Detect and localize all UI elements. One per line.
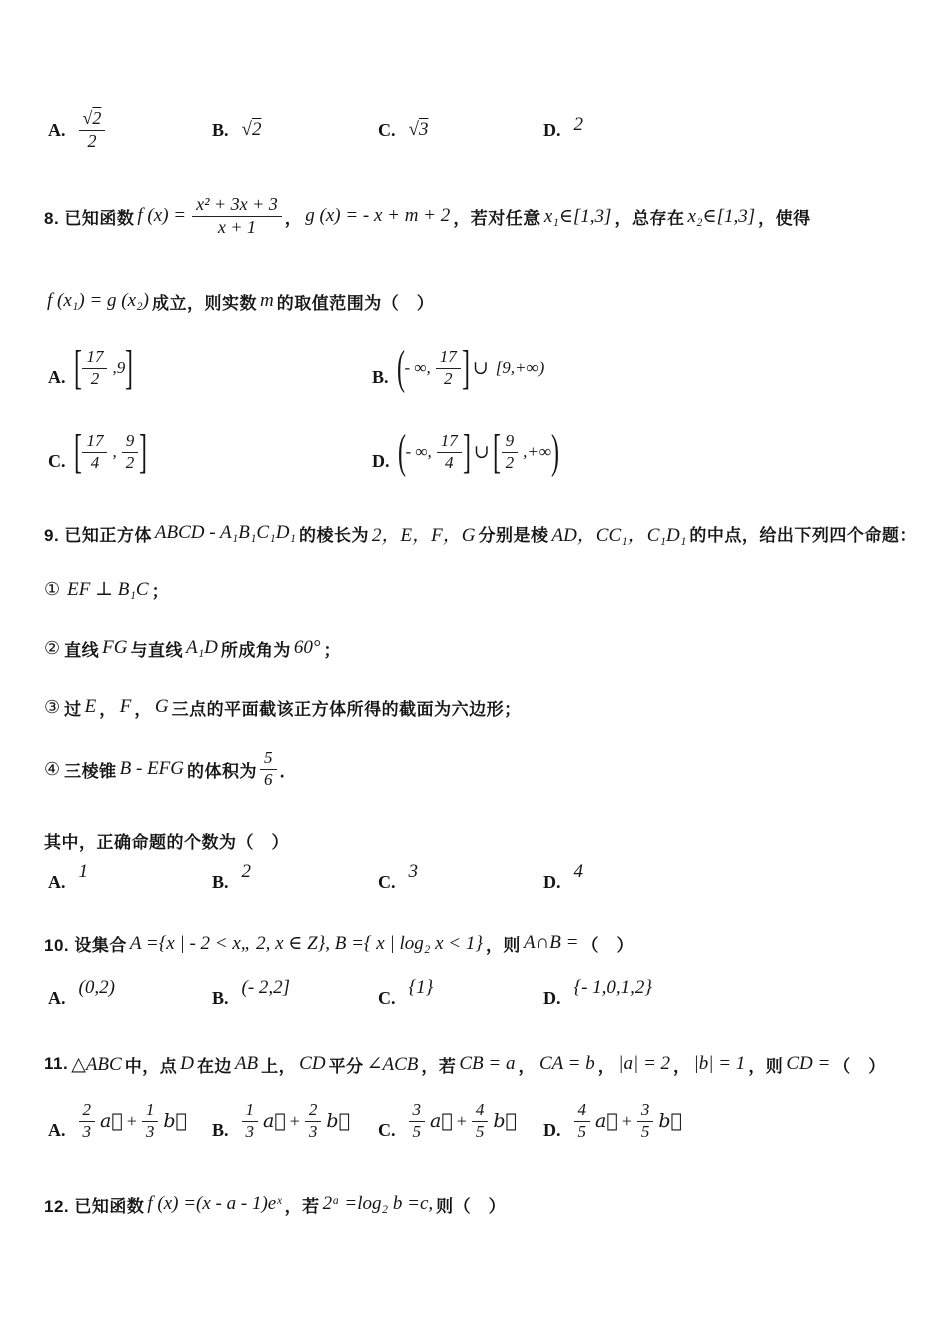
option-label: A. <box>48 120 66 141</box>
plus-sign: + <box>290 1111 300 1132</box>
option-label: B. <box>212 872 229 893</box>
punctuation: ； <box>152 577 170 602</box>
q9-statement-1: ① EF ⊥ B₁C ； <box>44 568 169 610</box>
q11-option-d: D. 45 a⃗ + 35 b⃗ <box>543 1088 684 1154</box>
cn-text: 过 <box>64 695 82 720</box>
question-number-text: 10. 设集合 <box>44 931 127 956</box>
x2-domain: x₂∈[1,3] <box>687 205 755 228</box>
option-label: A. <box>48 367 66 388</box>
variable-m: m <box>260 290 274 312</box>
fraction: x² + 3x + 3 x + 1 <box>192 195 282 238</box>
fraction: 35 <box>409 1101 426 1141</box>
cn-text: ，若 <box>421 1052 456 1077</box>
circled-number-2: ② <box>44 638 60 659</box>
equation-chain: 2ᵃ =log₂ b =c, <box>323 1193 434 1215</box>
plus-sign: + <box>127 1111 137 1132</box>
q10-option-b: B. (- 2,2] <box>212 974 293 1022</box>
fraction: 17 4 <box>82 432 107 472</box>
option-label: C. <box>378 988 396 1009</box>
vector-b: b⃗ <box>163 1110 187 1132</box>
math-fragment: EF ⊥ B₁C <box>67 578 148 601</box>
q9-statement-2: ② 直线 FG 与直线 A₁D 所成角为 60° ； <box>44 626 341 670</box>
cd-expression: CD = <box>786 1053 830 1075</box>
fraction-denominator: 3 <box>83 1122 92 1142</box>
vector-b: b⃗ <box>658 1110 682 1132</box>
tetrahedron-name: B - EFG <box>120 758 184 780</box>
fraction-numerator: 9 <box>122 432 139 453</box>
cn-text: 所成角为 <box>221 636 291 661</box>
punctuation: ， <box>99 695 117 720</box>
option-label: A. <box>48 988 66 1009</box>
fraction: 17 2 <box>436 348 461 388</box>
left-bracket: [ <box>73 346 81 389</box>
option-label: A. <box>48 872 66 893</box>
fraction-denominator: 3 <box>309 1122 318 1142</box>
cn-text: 的取值范围为（ ） <box>277 289 435 314</box>
question-12-line: 12. 已知函数 f (x) =(x - a - 1)eˣ ，若 2ᵃ =log… <box>44 1178 506 1230</box>
cn-text: ，总存在 <box>614 204 684 229</box>
union-symbol: ∪ <box>474 441 490 464</box>
option-label: D. <box>543 988 561 1009</box>
option-value: (- 2,2] <box>242 977 291 999</box>
q7-option-d: D. 2 <box>543 98 586 162</box>
plus-sign: + <box>622 1111 632 1132</box>
punctuation: ， <box>285 204 303 229</box>
sqrt-sign: √ <box>242 119 252 140</box>
circled-number-3: ③ <box>44 697 60 718</box>
right-paren: ) <box>551 430 559 473</box>
fraction: 17 2 <box>82 348 107 388</box>
option-label: D. <box>372 451 390 472</box>
punctuation: ； <box>324 636 342 661</box>
option-label: C. <box>378 872 396 893</box>
radicand: 3 <box>419 119 429 140</box>
question-8-line-1: 8. 已知函数 f (x) = x² + 3x + 3 x + 1 ， g (x… <box>44 186 811 246</box>
q10-option-d: D. {- 1,0,1,2} <box>543 974 655 1022</box>
left-bracket: [ <box>73 430 81 473</box>
x1-domain: x₁∈[1,3] <box>544 205 612 228</box>
fraction: 23 <box>79 1101 96 1141</box>
q7-option-b: B. √2 <box>212 98 264 162</box>
q9-conclusion: 其中，正确命题的个数为（ ） <box>44 822 289 858</box>
question-10-line: 10. 设集合 A ={x | - 2 < x„ 2, x ∈ Z}, B ={… <box>44 918 634 968</box>
fraction: 13 <box>242 1101 259 1141</box>
vector-a: a⃗ <box>430 1110 453 1132</box>
plus-sign: + <box>457 1111 467 1132</box>
cn-text: 的体积为 <box>187 757 257 782</box>
question-8-line-2: f (x₁) = g (x₂) 成立，则实数 m 的取值范围为（ ） <box>44 280 434 322</box>
fraction-numerator: 3 <box>637 1101 654 1122</box>
fraction-numerator: 1 <box>242 1101 259 1122</box>
left-paren: ( <box>397 430 405 473</box>
union-symbol: ∪ <box>473 357 489 380</box>
cube-name: ABCD - A₁B₁C₁D₁ <box>155 522 296 544</box>
point-g: G <box>155 696 169 718</box>
fraction-numerator: 17 <box>437 432 462 453</box>
q7-option-c: C. √3 <box>378 98 431 162</box>
fraction-denominator: 2 <box>91 369 100 389</box>
point-e: E <box>85 696 97 718</box>
option-value: 4 <box>574 861 584 883</box>
fraction: 35 <box>637 1101 654 1141</box>
cn-text: ，使得 <box>758 204 811 229</box>
fraction: √2 2 <box>79 109 106 152</box>
triangle-abc: △ABC <box>71 1053 122 1076</box>
f-definition: f (x) =(x - a - 1)eˣ <box>147 1193 281 1215</box>
line-fg: FG <box>102 637 127 659</box>
sqrt-sign: √ <box>409 119 419 140</box>
math-fragment: 2，E，F，G <box>372 520 475 547</box>
answer-blank: 则（ ） <box>436 1192 506 1217</box>
cn-text: 分别是棱 <box>478 521 548 546</box>
option-label: A. <box>48 1120 66 1141</box>
punctuation: ， <box>134 695 152 720</box>
cn-text: ，若对任意 <box>453 204 541 229</box>
fraction-denominator: 5 <box>641 1122 650 1142</box>
math-fragment: - ∞, <box>405 442 431 462</box>
fraction-numerator: 3 <box>409 1101 426 1122</box>
option-label: B. <box>212 1120 229 1141</box>
intersection-expression: A∩B = <box>524 932 579 954</box>
q10-option-a: A. (0,2) <box>48 974 118 1022</box>
math-expression: 2 <box>574 114 584 136</box>
math-fragment: AD，CC₁，C₁D₁ <box>551 520 686 547</box>
q11-option-a: A. 23 a⃗ + 13 b⃗ <box>48 1088 189 1154</box>
cn-text: 的中点，给出下列四个命题： <box>689 521 917 546</box>
q10-option-c: C. {1} <box>378 974 436 1022</box>
comma: , <box>112 442 116 462</box>
set-definitions: A ={x | - 2 < x„ 2, x ∈ Z}, B ={ x | log… <box>130 932 483 955</box>
point-f: F <box>120 696 132 718</box>
right-bracket: ] <box>462 346 470 389</box>
left-paren: ( <box>397 346 405 389</box>
fraction-numerator: 17 <box>82 348 107 369</box>
question-number-text: 11. <box>44 1054 68 1074</box>
option-label: D. <box>543 1120 561 1141</box>
angle-acb: ∠ACB <box>367 1053 419 1076</box>
cn-text: 其中，正确命题的个数为（ ） <box>44 828 289 853</box>
option-value: {- 1,0,1,2} <box>574 977 653 999</box>
q8-option-b: B. ( - ∞, 17 2 ] ∪ [9,+∞) <box>372 334 546 402</box>
math-expression: √2 <box>242 119 262 141</box>
g-definition: g (x) = - x + m + 2 <box>305 205 450 227</box>
option-label: B. <box>212 988 229 1009</box>
math-expression: √3 <box>409 119 429 141</box>
fraction-denominator: 4 <box>91 453 100 473</box>
cn-text: 上， <box>261 1052 296 1077</box>
math-fragment: ,9 <box>112 358 125 378</box>
question-number-text: 9. 已知正方体 <box>44 521 152 546</box>
vector-a: a⃗ <box>100 1110 123 1132</box>
fraction: 5 6 <box>260 749 277 789</box>
left-bracket: [ <box>493 430 501 473</box>
document-page: { "doc": { "row0": { "a_label": "A.", "a… <box>0 0 950 1344</box>
right-bracket: ] <box>139 430 147 473</box>
equation: f (x₁) = g (x₂) <box>47 290 149 312</box>
answer-blank: （ ） <box>833 1052 886 1077</box>
option-label: C. <box>48 451 66 472</box>
cn-text: 中，点 <box>125 1052 178 1077</box>
fraction-denominator: 5 <box>578 1122 587 1142</box>
fraction: 17 4 <box>437 432 462 472</box>
q11-option-b: B. 13 a⃗ + 23 b⃗ <box>212 1088 352 1154</box>
cn-text: ，则 <box>486 931 521 956</box>
fraction: 45 <box>472 1101 489 1141</box>
vector-a: a⃗ <box>595 1110 618 1132</box>
vector-b: b⃗ <box>326 1110 350 1132</box>
option-value: 3 <box>409 861 419 883</box>
circled-number-1: ① <box>44 579 60 600</box>
fraction-numerator: 4 <box>472 1101 489 1122</box>
option-label: B. <box>212 120 229 141</box>
fraction-denominator: 2 <box>126 453 135 473</box>
fraction-numerator: √2 <box>79 109 106 131</box>
circled-number-4: ④ <box>44 759 60 780</box>
q9-statement-4: ④ 三棱锥 B - EFG 的体积为 5 6 ． <box>44 740 297 798</box>
f-definition-lhs: f (x) = <box>137 205 186 227</box>
right-bracket: ] <box>125 346 133 389</box>
q8-option-a: A. [ 17 2 ,9 ] <box>48 334 131 402</box>
fraction: 45 <box>574 1101 591 1141</box>
option-value: 2 <box>242 861 252 883</box>
fraction: 23 <box>305 1101 322 1141</box>
question-11-line: 11. △ABC 中，点 D 在边 AB 上， CD 平分 ∠ACB ，若 CB… <box>44 1038 886 1090</box>
fraction: 9 2 <box>122 432 139 472</box>
vector-a: a⃗ <box>263 1110 286 1132</box>
punctuation: ， <box>598 1052 616 1077</box>
option-value: 1 <box>79 861 89 883</box>
q9-option-b: B. 2 <box>212 858 254 906</box>
fraction-numerator: 1 <box>142 1101 159 1122</box>
answer-blank: （ ） <box>581 931 634 956</box>
radicand: 2 <box>252 119 262 140</box>
cn-text: ，则 <box>748 1052 783 1077</box>
vector-b: b⃗ <box>493 1110 517 1132</box>
cn-text: 平分 <box>329 1052 364 1077</box>
vector-cb: CB = a <box>459 1053 515 1075</box>
fraction-denominator: 2 <box>444 369 453 389</box>
line-a1d: A₁D <box>186 637 218 659</box>
edge-ab: AB <box>235 1053 258 1075</box>
math-fragment: ,+∞ <box>523 442 551 462</box>
option-value: {1} <box>409 977 434 999</box>
option-label: D. <box>543 120 561 141</box>
question-number-text: 8. 已知函数 <box>44 204 134 229</box>
fraction-numerator: 4 <box>574 1101 591 1122</box>
q9-option-a: A. 1 <box>48 858 91 906</box>
fraction-numerator: 2 <box>305 1101 322 1122</box>
fraction-numerator: 2 <box>79 1101 96 1122</box>
punctuation: ． <box>280 757 298 782</box>
fraction-denominator: x + 1 <box>218 217 256 238</box>
q11-option-c: C. 35 a⃗ + 45 b⃗ <box>378 1088 519 1154</box>
math-fragment: - ∞, <box>405 358 431 378</box>
fraction-numerator: x² + 3x + 3 <box>192 195 282 217</box>
punctuation: ， <box>518 1052 536 1077</box>
cn-text: 与直线 <box>130 636 183 661</box>
q9-statement-3: ③ 过 E ， F ， G 三点的平面截该正方体所得的截面为六边形； <box>44 684 522 730</box>
option-label: D. <box>543 872 561 893</box>
option-value: (0,2) <box>79 977 115 999</box>
option-label: C. <box>378 1120 396 1141</box>
fraction-numerator: 9 <box>502 432 519 453</box>
option-label: B. <box>372 367 389 388</box>
cn-text: 在边 <box>197 1052 232 1077</box>
angle-value: 60° <box>294 637 321 659</box>
fraction-denominator: 3 <box>146 1122 155 1142</box>
fraction-denominator: 4 <box>445 453 454 473</box>
fraction-numerator: 17 <box>82 432 107 453</box>
cn-text: 直线 <box>64 636 99 661</box>
fraction-denominator: 2 <box>506 453 515 473</box>
q8-option-c: C. [ 17 4 , 9 2 ] <box>48 416 145 488</box>
radicand: 2 <box>92 108 101 128</box>
question-9-line: 9. 已知正方体 ABCD - A₁B₁C₁D₁ 的棱长为 2，E，F，G 分别… <box>44 510 917 556</box>
q9-option-c: 3 C. 3 <box>378 858 421 906</box>
math-fragment: [9,+∞) <box>496 358 545 378</box>
q9-option-d: D. 4 <box>543 858 586 906</box>
magnitude-a: |a| = 2 <box>618 1053 670 1075</box>
right-bracket: ] <box>463 430 471 473</box>
cn-text: ，若 <box>285 1192 320 1217</box>
fraction-denominator: 2 <box>87 131 96 152</box>
fraction-denominator: 6 <box>264 770 273 790</box>
sqrt-sign: √ <box>83 108 93 128</box>
fraction-numerator: 17 <box>436 348 461 369</box>
vector-ca: CA = b <box>539 1053 595 1075</box>
segment-cd: CD <box>299 1053 325 1075</box>
fraction-denominator: 5 <box>476 1122 485 1142</box>
question-number-text: 12. 已知函数 <box>44 1192 144 1217</box>
fraction: 13 <box>142 1101 159 1141</box>
cn-text: 三点的平面截该正方体所得的截面为六边形； <box>172 695 522 720</box>
cn-text: 三棱锥 <box>64 757 117 782</box>
cn-text: 成立，则实数 <box>152 289 257 314</box>
point-d: D <box>180 1053 194 1075</box>
cn-text: 的棱长为 <box>299 521 369 546</box>
magnitude-b: |b| = 1 <box>694 1053 746 1075</box>
punctuation: ， <box>673 1052 691 1077</box>
q8-option-d: D. ( - ∞, 17 4 ] ∪ [ 9 2 ,+∞ ) <box>372 416 557 488</box>
fraction-numerator: 5 <box>260 749 277 770</box>
option-label: C. <box>378 120 396 141</box>
fraction-denominator: 3 <box>246 1122 255 1142</box>
fraction: 9 2 <box>502 432 519 472</box>
q7-option-a: A. √2 2 <box>48 98 108 162</box>
fraction-denominator: 5 <box>413 1122 422 1142</box>
